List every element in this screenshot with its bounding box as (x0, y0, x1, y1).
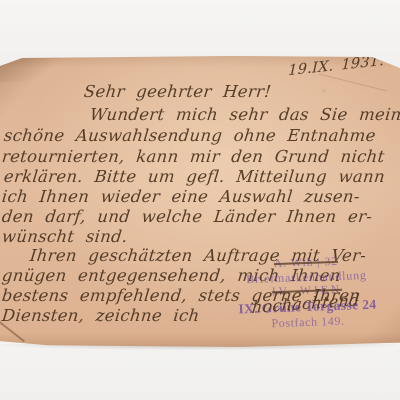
letter-line: Diensten, zeichne ich (1, 306, 201, 325)
postcard-scan: 19.IX. 1931. Sehr geehrter Herr! Wundert… (0, 56, 400, 347)
letter-line: retournierten, kann mir den Grund nicht (1, 147, 386, 166)
letter-line: den darf, und welche Länder Ihnen er- (1, 207, 373, 226)
letter-line: wünscht sind. (1, 227, 129, 246)
paper-crease (319, 74, 387, 92)
letter-line: schöne Auswahlsendung ohne Entnahme (3, 126, 377, 145)
letter-salutation: Sehr geehrter Herr! (83, 82, 272, 101)
letter-line: ich Ihnen wieder eine Auswahl zusen- (1, 187, 361, 206)
letter-line: erklären. Bitte um gefl. Mitteilung wann (3, 167, 386, 186)
letter-line: Wundert mich sehr das Sie meine (89, 105, 400, 124)
